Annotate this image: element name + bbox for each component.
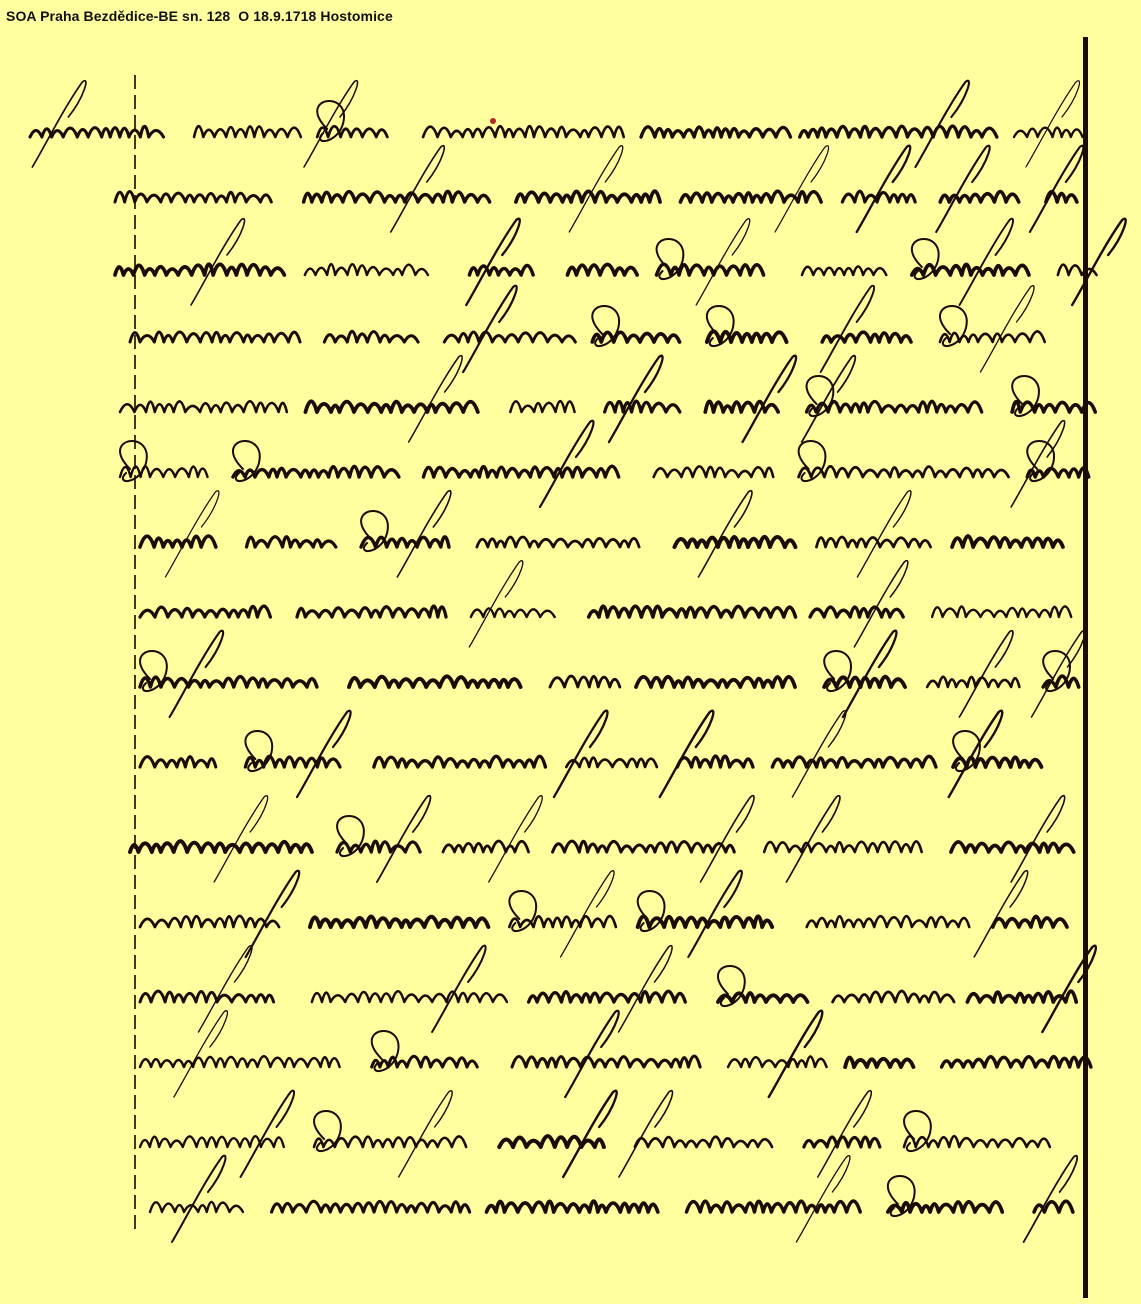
handwriting-strokes (0, 725, 1141, 795)
manuscript-line: [handwritten line 10 – illegible Kurrent… (0, 725, 1141, 795)
manuscript-line: [handwritten line 5 – illegible Kurrent … (0, 370, 1141, 440)
handwriting-strokes (0, 505, 1141, 575)
manuscript-line: [handwritten line 9 – illegible Kurrent … (0, 645, 1141, 715)
manuscript-line: [handwritten line 1 – illegible Kurrent … (0, 95, 1141, 165)
red-ink-mark (490, 118, 496, 124)
manuscript-line: [handwritten line 6 – illegible Kurrent … (0, 435, 1141, 505)
handwriting-strokes (0, 885, 1141, 955)
handwriting-strokes (0, 160, 1141, 230)
manuscript-line: [handwritten line 16 – illegible Kurrent… (0, 1170, 1141, 1240)
document-header-label: SOA Praha Bezdědice-BE sn. 128 O 18.9.17… (6, 8, 393, 24)
handwriting-strokes (0, 233, 1141, 303)
handwriting-strokes (0, 1025, 1141, 1095)
manuscript-line: [handwritten line 8 – illegible Kurrent … (0, 575, 1141, 645)
handwriting-strokes (0, 1105, 1141, 1175)
handwriting-strokes (0, 95, 1141, 165)
manuscript-line: [handwritten line 3 – illegible Kurrent … (0, 233, 1141, 303)
manuscript-line: [handwritten line 14 – illegible Kurrent… (0, 1025, 1141, 1095)
manuscript-line: [handwritten line 12 – illegible Kurrent… (0, 885, 1141, 955)
manuscript-line: [handwritten line 2 – illegible Kurrent … (0, 160, 1141, 230)
handwriting-strokes (0, 300, 1141, 370)
handwriting-strokes (0, 1170, 1141, 1240)
handwriting-strokes (0, 435, 1141, 505)
handwriting-strokes (0, 960, 1141, 1030)
handwriting-strokes (0, 810, 1141, 880)
handwriting-strokes (0, 645, 1141, 715)
handwriting-strokes (0, 370, 1141, 440)
manuscript-line: [handwritten line 15 – illegible Kurrent… (0, 1105, 1141, 1175)
handwriting-strokes (0, 575, 1141, 645)
manuscript-line: [handwritten line 11 – illegible Kurrent… (0, 810, 1141, 880)
manuscript-line: [handwritten line 7 – illegible Kurrent … (0, 505, 1141, 575)
manuscript-line: [handwritten line 4 – illegible Kurrent … (0, 300, 1141, 370)
manuscript-line: [handwritten line 13 – illegible Kurrent… (0, 960, 1141, 1030)
